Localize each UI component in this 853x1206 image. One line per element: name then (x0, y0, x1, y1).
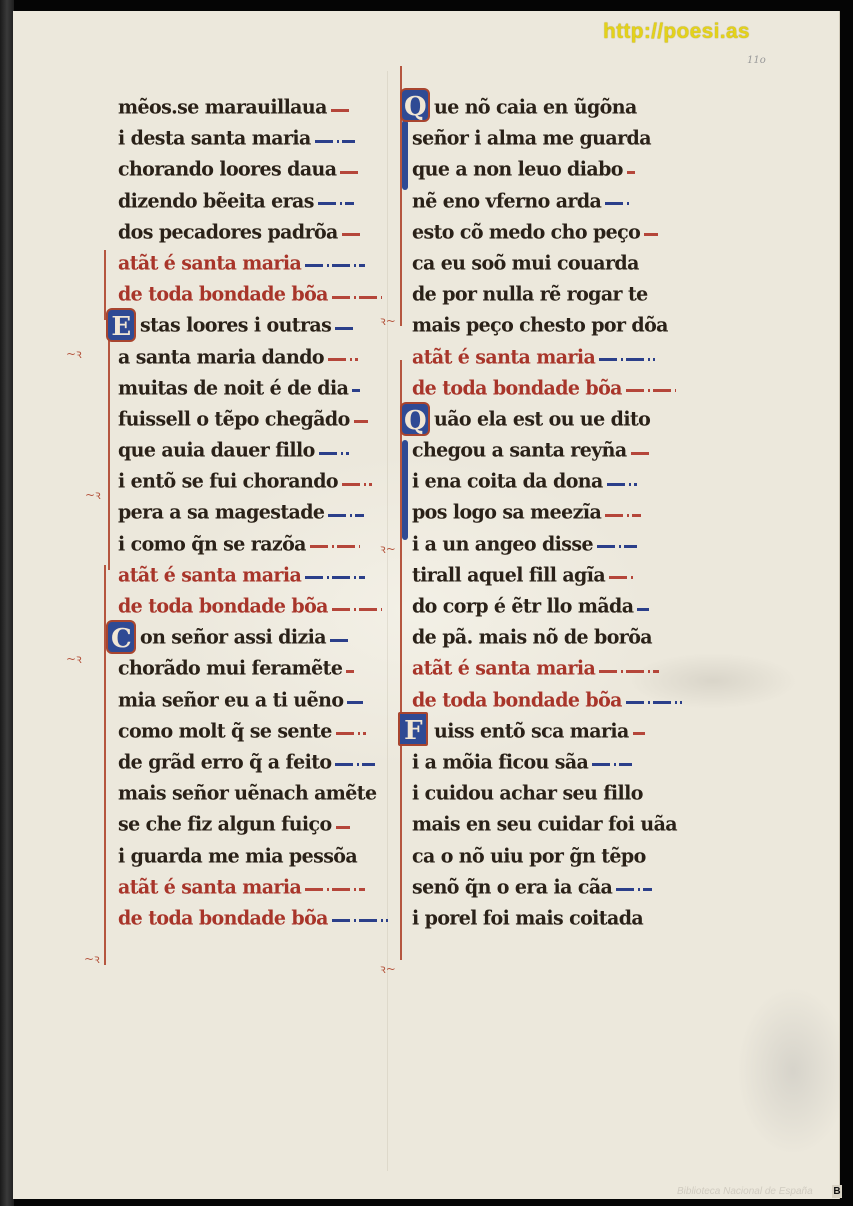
verse-line: de grãd erro q̃ a feito (118, 747, 386, 778)
verse-line: dizendo bẽeita eras (118, 186, 386, 217)
verse-line: mia señor eu a ti uẽno (118, 685, 386, 716)
line-filler-red (609, 576, 633, 579)
verse-line: dos pecadores padrõa (118, 217, 386, 248)
line-filler-red (310, 545, 360, 548)
line-filler-red (331, 109, 353, 112)
line-filler-red (631, 452, 651, 455)
verse-line: Estas loores i outras (118, 310, 386, 341)
line-filler-red (633, 732, 645, 735)
refrain-line: atãt é santa maria (118, 872, 386, 903)
line-filler-red (336, 732, 366, 735)
line-filler-blue (335, 763, 375, 766)
verse-line: esto cõ medo cho peço (412, 217, 682, 248)
verse-line: tirall aquel fill agĩa (412, 560, 682, 591)
verse-line: nẽ eno vferno arda (412, 186, 682, 217)
verse-line: i porel foi mais coitada (412, 903, 682, 934)
illuminated-initial-f: F (398, 712, 428, 746)
watermark-url[interactable]: http://poesi.as (603, 20, 750, 44)
line-filler-blue (330, 639, 348, 642)
line-filler-blue (315, 140, 355, 143)
line-filler-red (332, 608, 382, 611)
line-filler-blue (605, 202, 629, 205)
line-filler-blue (592, 763, 632, 766)
verse-line: señor i alma me guarda (412, 123, 682, 154)
line-filler-blue (319, 452, 349, 455)
verse-line: chorãdo mui feramẽte (118, 653, 386, 684)
line-filler-blue (328, 514, 364, 517)
line-filler-red (605, 514, 641, 517)
line-filler-red (336, 826, 350, 829)
verse-line: a santa maria dando (118, 342, 386, 373)
verse-line: fuissell o tẽpo chegãdo (118, 404, 386, 435)
pen-flourish-curl: ~ꝛ (85, 486, 101, 503)
refrain-line: atãt é santa maria (412, 342, 682, 373)
pen-flourish-curl: ꝛ~ (380, 960, 396, 977)
ruling-line (387, 71, 388, 1171)
line-filler-red (342, 483, 372, 486)
verse-line: ca eu soõ mui couarda (412, 248, 682, 279)
verse-line: i como q̃n se razõa (118, 529, 386, 560)
line-filler-blue (318, 202, 354, 205)
blue-initial-tail (402, 440, 408, 540)
verse-line: que auia dauer fillo (118, 435, 386, 466)
verse-line: como molt q̃ se sente (118, 716, 386, 747)
verse-line: mais señor uẽnach amẽte (118, 778, 386, 809)
verse-line: do corp é ẽtr llo mãda (412, 591, 682, 622)
line-filler-red (627, 171, 635, 174)
pen-flourish-curl: ~ꝛ (66, 345, 82, 362)
line-filler-blue (305, 576, 365, 579)
line-filler-blue (637, 608, 649, 611)
illuminated-initial-q: Q (400, 402, 430, 436)
verse-line: Fuiss entõ sca maria (412, 716, 682, 747)
line-filler-red (342, 233, 360, 236)
verse-line: i guarda me mia pessõa (118, 841, 386, 872)
verse-line: i ena coita da dona (412, 466, 682, 497)
line-filler-blue (597, 545, 637, 548)
verse-line: chorando loores daua (118, 154, 386, 185)
line-filler-blue (352, 389, 360, 392)
line-filler-red (599, 670, 659, 673)
verse-line: que a non leuo diabo (412, 154, 682, 185)
refrain-line: de toda bondade bõa (412, 685, 682, 716)
line-filler-blue (335, 327, 353, 330)
folio-number: 11o (747, 55, 766, 66)
refrain-line: de toda bondade bõa (118, 591, 386, 622)
line-filler-red (346, 670, 354, 673)
line-filler-blue (347, 701, 363, 704)
verse-line: i cuidou achar seu fillo (412, 778, 682, 809)
right-text-column: Que nõ caia en ũgõna señor i alma me gua… (412, 92, 682, 934)
line-filler-blue (607, 483, 637, 486)
verse-line: de pã. mais nõ de borõa (412, 622, 682, 653)
refrain-line: de toda bondade bõa (118, 279, 386, 310)
book-binding (0, 0, 14, 1206)
library-logo-icon: B (832, 1185, 842, 1198)
red-flourish (104, 250, 106, 320)
illuminated-initial-c: C (106, 620, 136, 654)
verse-line: de por nulla rẽ rogar te (412, 279, 682, 310)
refrain-line: de toda bondade bõa (412, 373, 682, 404)
line-filler-red (626, 389, 676, 392)
verse-line: mẽos.se marauillaua (118, 92, 386, 123)
left-text-column: mẽos.se marauillaua i desta santa maria … (118, 92, 386, 934)
line-filler-red (328, 358, 358, 361)
line-filler-blue (616, 888, 652, 891)
verse-line: i a mõia ficou sãa (412, 747, 682, 778)
line-filler-red (305, 888, 365, 891)
verse-line: i desta santa maria (118, 123, 386, 154)
line-filler-blue (332, 919, 388, 922)
line-filler-red (332, 296, 382, 299)
verse-line: mais en seu cuidar foi uãa (412, 809, 682, 840)
verse-line: muitas de noit é de dia (118, 373, 386, 404)
verse-line: ca o nõ uiu por g̃n tẽpo (412, 841, 682, 872)
refrain-line: atãt é santa maria (118, 248, 386, 279)
blue-initial-tail (402, 120, 408, 190)
verse-line: senõ q̃n o era ia cãa (412, 872, 682, 903)
verse-line: pos logo sa meezĩa (412, 497, 682, 528)
verse-line: Con señor assi dizia (118, 622, 386, 653)
verse-line: i a un angeo disse (412, 529, 682, 560)
illuminated-initial-e: E (106, 308, 136, 342)
refrain-line: de toda bondade bõa (118, 903, 386, 934)
illuminated-initial-q: Q (400, 88, 430, 122)
verse-line: i entõ se fui chorando (118, 466, 386, 497)
verse-line: se che fiz algun fuiço (118, 809, 386, 840)
verse-line: chegou a santa reyña (412, 435, 682, 466)
line-filler-blue (626, 701, 682, 704)
pen-flourish-curl: ~ꝛ (66, 650, 82, 667)
line-filler-red (340, 171, 358, 174)
refrain-line: atãt é santa maria (118, 560, 386, 591)
line-filler-blue (305, 264, 365, 267)
verse-line: Que nõ caia en ũgõna (412, 92, 682, 123)
red-flourish (108, 330, 110, 570)
line-filler-blue (599, 358, 655, 361)
verse-line: Quão ela est ou ue dito (412, 404, 682, 435)
library-credit: Biblioteca Nacional de España (677, 1186, 813, 1197)
pen-flourish-curl: ~ꝛ (84, 950, 100, 967)
verse-line: pera a sa magestade (118, 497, 386, 528)
refrain-line: atãt é santa maria (412, 653, 682, 684)
verse-line: mais peço chesto por dõa (412, 310, 682, 341)
line-filler-red (644, 233, 658, 236)
line-filler-red (354, 420, 368, 423)
